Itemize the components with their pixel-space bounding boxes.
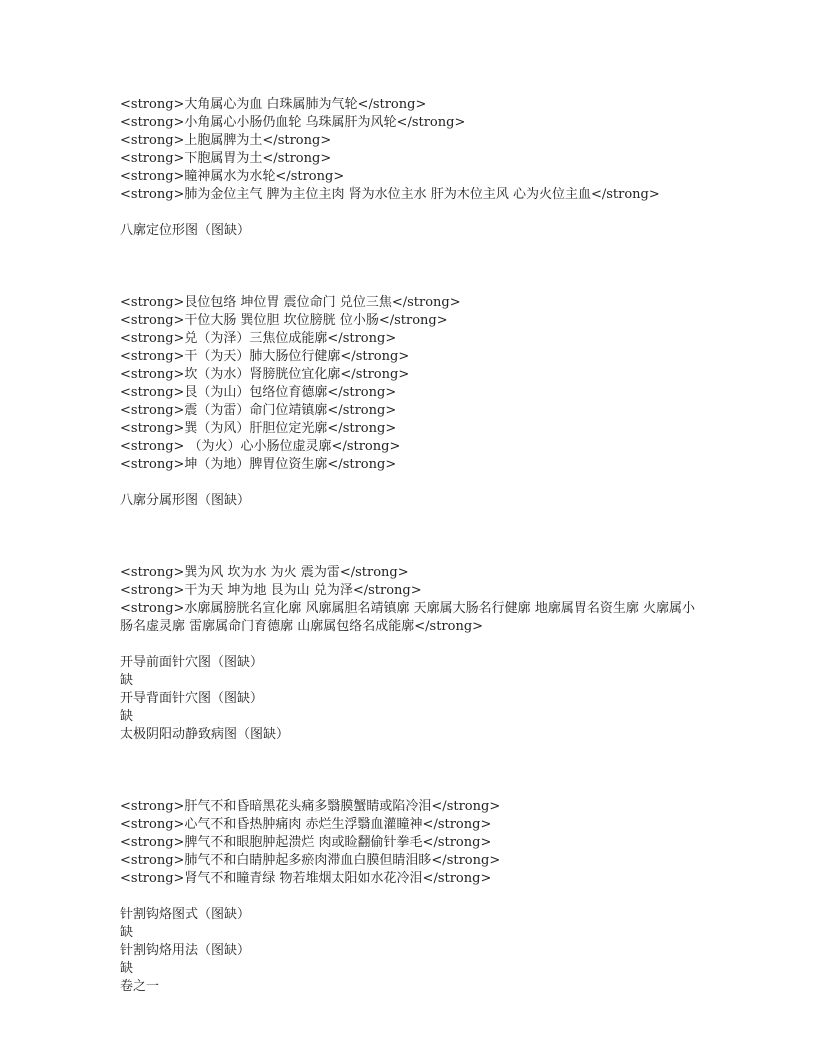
- closing-block: 针割钩烙图式（图缺） 缺 针割钩烙用法（图缺） 缺 卷之一: [120, 906, 704, 996]
- text-line: <strong>干为天 坤为地 艮为山 兑为泽</strong>: [120, 582, 704, 600]
- eye-wheels-block: <strong>大角属心为血 白珠属肺为气轮</strong> <strong>…: [120, 96, 704, 204]
- volume-label: 卷之一: [120, 978, 704, 996]
- text-line: <strong>兑（为泽）三焦位成能廓</strong>: [120, 330, 704, 348]
- figure-caption: 八廓分属形图（图缺）: [120, 492, 704, 510]
- text-line: <strong>小角属心小肠仍血轮 乌珠属肝为风轮</strong>: [120, 114, 704, 132]
- spacer: [120, 780, 704, 798]
- missing-note: 缺: [120, 924, 704, 942]
- figure-caption: 开导前面针穴图（图缺）: [120, 654, 704, 672]
- figure-caption: 针割钩烙图式（图缺）: [120, 906, 704, 924]
- text-line: <strong>巽为风 坎为水 为火 震为雷</strong>: [120, 564, 704, 582]
- text-line: <strong>下胞属胃为土</strong>: [120, 150, 704, 168]
- text-line: <strong>心气不和昏热肿痛肉 赤烂生浮翳血灌瞳神</strong>: [120, 816, 704, 834]
- text-line: <strong>肺为金位主气 脾为主位主肉 肾为水位主水 肝为木位主风 心为火位…: [120, 186, 704, 204]
- text-line: <strong>干位大肠 巽位胆 坎位膀胱 位小肠</strong>: [120, 312, 704, 330]
- text-line: <strong>肾气不和瞳青绿 物若堆烟太阳如水花冷泪</strong>: [120, 870, 704, 888]
- text-line: <strong>震（为雷）命门位靖镇廓</strong>: [120, 402, 704, 420]
- text-line: <strong>上胞属脾为土</strong>: [120, 132, 704, 150]
- text-line: <strong>肝气不和昏暗黑花头痛多翳膜蟹睛或陷冷泪</strong>: [120, 798, 704, 816]
- spacer: [120, 546, 704, 564]
- figure-caption: 开导背面针穴图（图缺）: [120, 690, 704, 708]
- spacer: [120, 510, 704, 546]
- text-line: <strong>肺气不和白睛肿起多瘀肉滞血白膜但睛泪眵</strong>: [120, 852, 704, 870]
- text-line: <strong>大角属心为血 白珠属肺为气轮</strong>: [120, 96, 704, 114]
- missing-note: 缺: [120, 672, 704, 690]
- missing-note: 缺: [120, 708, 704, 726]
- figure-caption: 八廓定位形图（图缺）: [120, 222, 704, 240]
- text-line: <strong>艮位包络 坤位胃 震位命门 兑位三焦</strong>: [120, 294, 704, 312]
- text-line: <strong>脾气不和眼胞肿起溃烂 肉或睑翻偷针拳毛</strong>: [120, 834, 704, 852]
- figure-caption-block: 开导前面针穴图（图缺） 缺 开导背面针穴图（图缺） 缺 太极阴阳动静致病图（图缺…: [120, 654, 704, 744]
- spacer: [120, 276, 704, 294]
- organ-disharmony-block: <strong>肝气不和昏暗黑花头痛多翳膜蟹睛或陷冷泪</strong> <st…: [120, 798, 704, 888]
- text-line: <strong>坤（为地）脾胃位资生廓</strong>: [120, 456, 704, 474]
- text-line: <strong> （为火）心小肠位虚灵廓</strong>: [120, 438, 704, 456]
- text-line: <strong>水廓属膀胱名宣化廓 风廓属胆名靖镇廓 天廓属大肠名行健廓 地廓属…: [120, 600, 704, 636]
- spacer: [120, 744, 704, 780]
- figure-caption: 针割钩烙用法（图缺）: [120, 942, 704, 960]
- eight-regions-attribution-block: <strong>巽为风 坎为水 为火 震为雷</strong> <strong>…: [120, 564, 704, 636]
- figure-caption-block: 八廓定位形图（图缺）: [120, 222, 704, 240]
- text-line: <strong>坎（为水）肾膀胱位宜化廓</strong>: [120, 366, 704, 384]
- eight-regions-position-block: <strong>艮位包络 坤位胃 震位命门 兑位三焦</strong> <str…: [120, 294, 704, 474]
- figure-caption-block: 八廓分属形图（图缺）: [120, 492, 704, 510]
- document-page: <strong>大角属心为血 白珠属肺为气轮</strong> <strong>…: [120, 96, 704, 996]
- spacer: [120, 240, 704, 276]
- figure-caption: 太极阴阳动静致病图（图缺）: [120, 726, 704, 744]
- text-line: <strong>艮（为山）包络位育德廓</strong>: [120, 384, 704, 402]
- text-line: <strong>巽（为风）肝胆位定光廓</strong>: [120, 420, 704, 438]
- text-line: <strong>瞳神属水为水轮</strong>: [120, 168, 704, 186]
- missing-note: 缺: [120, 960, 704, 978]
- text-line: <strong>干（为天）肺大肠位行健廓</strong>: [120, 348, 704, 366]
